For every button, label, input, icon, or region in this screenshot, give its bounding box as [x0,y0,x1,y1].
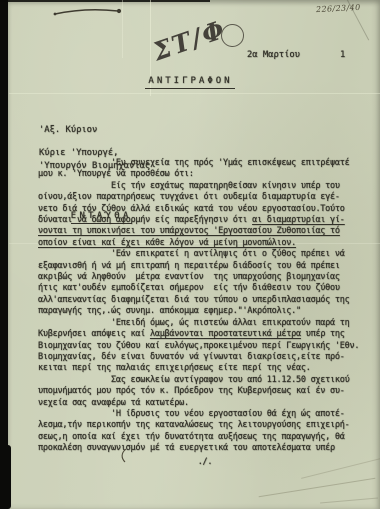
body-text: Κυβερνήσει απόψεις καί [38,329,150,339]
body-line: οποίον είναι καί έχει κάθε λόγον νά μείν… [38,238,372,249]
page-number: 1 [340,50,345,60]
body-line: αλλ'απεναντίας διαφημίζεται διά του τύπο… [38,295,372,306]
body-line: κειται περί της παλαιάς επιχειρήσεως είτ… [38,363,372,374]
body-text: λεσμα,τήν περικοπήν της καταναλώσεως της… [38,420,350,430]
body-text: Σας εσωκλείω αντίγραφον του από 11.12.50… [111,375,350,385]
body-line: εξαφανισθή ή νά μή επιτραπή η περαιτέρω … [38,261,372,272]
body-text: εξαφανισθή ή νά μή επιτραπή η περαιτέρω … [38,261,340,271]
body-line: Βιομηχανίας του ζύθου καί ευλόγως,προκει… [38,341,372,352]
body-line: οίνου,άξιον παρατηρήσεως τυγχάνει ότι ου… [38,192,372,203]
body-line: νεχεία σας αναφέρω τά κατωτέρω. [38,398,372,409]
body-line: 'Η ίδρυσις του νέου εργοστασίου θά έχη ώ… [38,409,372,420]
body-line: δύναται νά δώση αφορμήν είς παρεξήγησιν … [38,215,372,226]
body-text: 'Επειδή όμως, ώς πιστεύω άλλαι επικρατού… [111,318,350,328]
body-text: σεως,η οποία καί έχει τήν δυνατότητα αυξ… [38,432,345,442]
body-text: κειται περί της παλαιάς επιχειρήσεως είτ… [38,363,311,373]
body-line: 'Εν συνεχεία της πρός 'Υμάς επισκέψεως ε… [38,158,372,169]
underlined-text: λαμβάνονται προστατευτικά μέτρα [150,329,301,339]
body-text: μου κ. 'Υπουργέ νά προσθέσω ότι: [38,169,194,179]
body-text: ήτις κατ'ουδέν εμποδίζεται σήμερον είς τ… [38,283,340,293]
letter-date: 2α Μαρτίου [247,50,300,60]
body-text: Βιομηχανίας του ζύθου καί ευλόγως,προκει… [38,341,359,351]
body-line: νονται τη υποκινήσει του υπάρχοντος 'Εργ… [38,226,372,237]
body-text: 'Η ίδρυσις του νέου εργοστασίου θά έχη ώ… [111,409,345,419]
body-line: παραγωγής της,.ώς συνημ. απόκομμα εφημερ… [38,306,372,317]
body-text: νεχεία σας αναφέρω τά κατωτέρω. [38,398,189,408]
body-line: ήτις κατ'ουδέν εμποδίζεται σήμερον είς τ… [38,283,372,294]
body-line: ακριβώς νά ληφθούν μέτρα εναντίον της υπ… [38,272,372,283]
body-text: νετο διά τόν ζύθον άλλά ειδικώς κατά του… [38,204,345,214]
pen-stroke-mark [118,448,130,464]
salutation: Κύριε 'Υπουργέ, [39,148,118,158]
scanned-letter-page: 226/23/40 ΣΤ/Φ 2α Μαρτίου 1 ΑΝΤΙΓΡΑΦΟΝ '… [0,0,380,509]
body-text: υπέρ της [301,329,345,339]
body-line: μου κ. 'Υπουργέ νά προσθέσω ότι: [38,169,372,180]
body-text: υπομνήματός μου πρός τόν κ. Πρόεδρον της… [38,386,345,396]
body-line: λεσμα,τήν περικοπήν της καταναλώσεως της… [38,420,372,431]
pen-dash-mark [50,5,130,19]
body-line: Σας εσωκλείω αντίγραφον του από 11.12.50… [38,375,372,386]
body-text: 'Εάν επικρατεί η αντίληψις ότι ο ζύθος π… [111,249,345,259]
body-line: 'Επειδή όμως, ώς πιστεύω άλλαι επικρατού… [38,318,372,329]
body-line: νετο διά τόν ζύθον άλλά ειδικώς κατά του… [38,204,372,215]
letter-body: 'Εν συνεχεία της πρός 'Υμάς επισκέψεως ε… [38,158,372,468]
body-text: οίνου,άξιον παρατηρήσεως τυγχάνει ότι ου… [38,192,340,202]
body-text: παραγωγής της,.ώς συνημ. απόκομμα εφημερ… [38,306,301,316]
body-line: Κυβερνήσει απόψεις καί λαμβάνονται προστ… [38,329,372,340]
body-line: υπομνήματός μου πρός τόν κ. Πρόεδρον της… [38,386,372,397]
body-text: ακριβώς νά ληφθούν μέτρα εναντίον της υπ… [38,272,340,282]
continuation-mark: ./. [38,457,372,468]
scan-edge-top [0,0,210,2]
body-line: Βιομηχανίας, δέν είναι δυνατόν νά γίνωντ… [38,352,372,363]
body-line: σεως,η οποία καί έχει τήν δυνατότητα αυξ… [38,432,372,443]
body-line: προκαλέση συναγωνισμόν μέ τά ευεργετικά … [38,443,372,454]
body-text: προκαλέση συναγωνισμόν μέ τά ευεργετικά … [38,443,335,453]
body-text: Είς τήν εσχάτως παρατηρηθείσαν κίνησιν υ… [111,181,340,191]
body-line: Είς τήν εσχάτως παρατηρηθείσαν κίνησιν υ… [38,181,372,192]
document-title-text: ΑΝΤΙΓΡΑΦΟΝ [145,76,234,89]
body-text: δύναται νά δώση αφορμήν είς παρεξήγησιν … [38,215,252,225]
underlined-text: αι διαμαρτυρίαι γί- [252,215,344,225]
body-text: Βιομηχανίας, δέν είναι δυνατόν νά γίνωντ… [38,352,345,362]
body-text: αλλ'απεναντίας διαφημίζεται διά του τύπο… [38,295,350,305]
body-text: 'Εν συνεχεία της πρός 'Υμάς επισκέψεως ε… [111,158,350,168]
document-title: ΑΝΤΙΓΡΑΦΟΝ [0,76,380,86]
underlined-text: νονται τη υποκινήσει του υπάρχοντος 'Εργ… [38,226,340,236]
underlined-text: οποίον είναι καί έχει κάθε λόγον νά μείν… [38,238,296,248]
recipient-line: 'Αξ. Κύριον [39,124,150,136]
body-line: 'Εάν επικρατεί η αντίληψις ότι ο ζύθος π… [38,249,372,260]
